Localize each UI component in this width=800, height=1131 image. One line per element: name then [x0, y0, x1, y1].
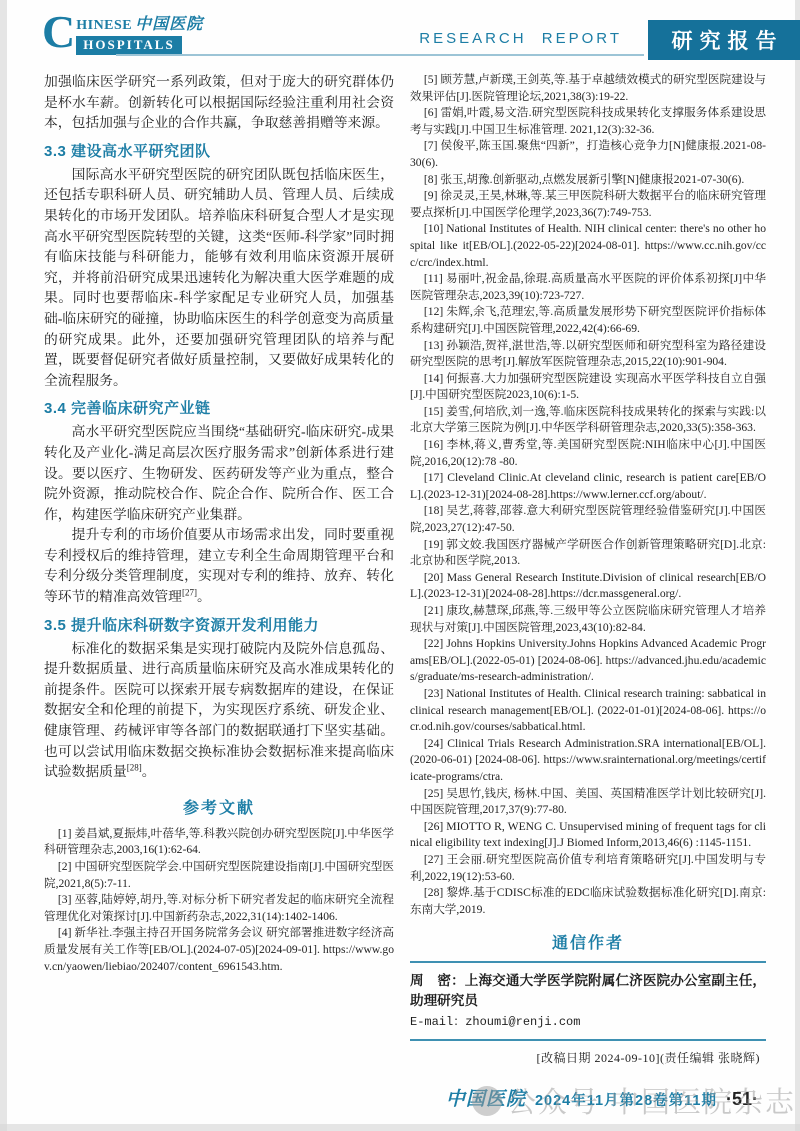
paragraph-text: 标准化的数据采集是实现打破院内及院外信息孤岛、提升数据质量、进行高质量临床研究及…: [44, 641, 394, 780]
reference-item: [28] 黎烨.基于CDISC标准的EDC临床试验数据标准化研究[D].南京:东…: [410, 885, 766, 918]
paragraph-text: 提升专利的市场价值要从市场需求出发，同时要重视专利授权后的维持管理，建立专利全生…: [44, 527, 394, 604]
reference-item: [25] 吴思竹,钱庆, 杨林.中国、美国、英国精准医学计划比较研究[J].中国…: [410, 786, 766, 819]
category-badge: 研究报告: [648, 20, 800, 60]
journal-page: C HINESE 中国医院 HOSPITALS RESEARCH REPORT …: [0, 0, 800, 1131]
watermark-logo-icon: [472, 1086, 502, 1116]
corresponding-author-divider-top: [410, 961, 766, 963]
reference-item: [3] 巫蓉,陆婷婷,胡丹,等.对标分析下研究者发起的临床研究全流程管理优化对策…: [44, 892, 394, 925]
paragraph-tail: 。: [197, 589, 211, 604]
reference-item: [1] 姜昌斌,夏振炜,叶蓓华,等.科教兴院创办研究型医院[J].中华医学科研管…: [44, 826, 394, 859]
reference-item: [26] MIOTTO R, WENG C. Unsupervised mini…: [410, 819, 766, 852]
reference-item: [19] 郭文姣.我国医疗器械产学研医合作创新管理策略研究[D].北京:北京协和…: [410, 537, 766, 570]
right-column: [5] 顾芳慧,卢新璞,王剑英,等.基于卓越绩效模式的研究型医院建设与效果评估[…: [410, 72, 766, 1066]
reference-item: [14] 何振喜.大力加强研究型医院建设 实现高水平医学科技自立自强[J].中国…: [410, 371, 766, 404]
section-3-4-paragraph-1: 高水平研究型医院应当围绕“基础研究-临床研究-成果转化及产业化-满足高层次医疗服…: [44, 422, 394, 525]
article-columns: 加强临床医学研究一系列政策，但对于庞大的研究群体仍是杯水车薪。创新转化可以根据国…: [44, 72, 766, 1066]
reference-item: [16] 李林,蒋义,曹秀堂,等.美国研究型医院:NIH临床中心[J].中国医院…: [410, 437, 766, 470]
reference-item: [4] 新华社.李强主持召开国务院常务会议 研究部署推进数字经济高质量发展有关工…: [44, 925, 394, 975]
paragraph-tail: 。: [142, 764, 156, 779]
logo-cn-characters: 中国医院: [135, 11, 203, 34]
logo-top-row: HINESE 中国医院: [76, 14, 203, 34]
section-3-3-paragraph: 国际高水平研究型医院的研究团队既包括临床医生，还包括专职科研人员、研究辅助人员、…: [44, 165, 394, 392]
reference-item: [21] 康玫,赫慧琛,邱燕,等.三级甲等公立医院临床研究管理人才培养现状与对策…: [410, 603, 766, 636]
scan-edge-left: [0, 0, 7, 1131]
citation-superscript: [28]: [127, 763, 142, 773]
page-header: C HINESE 中国医院 HOSPITALS RESEARCH REPORT …: [42, 10, 800, 64]
reference-item: [18] 吴艺,蒋蓉,邵蓉.意大利研究型医院管理经验借鉴研究[J].中国医院,2…: [410, 503, 766, 536]
logo-letter-c: C: [42, 10, 75, 54]
corresponding-author-heading: 通信作者: [410, 930, 766, 953]
scan-edge-right: [795, 0, 800, 1131]
corresponding-author-info: 周 密：上海交通大学医学院附属仁济医院办公室副主任，助理研究员: [410, 971, 766, 1011]
reference-item: [24] Clinical Trials Research Administra…: [410, 736, 766, 786]
reference-item: [2] 中国研究型医院学会.中国研究型医院建设指南[J].中国研究型医院,202…: [44, 859, 394, 892]
reference-item: [5] 顾芳慧,卢新璞,王剑英,等.基于卓越绩效模式的研究型医院建设与效果评估[…: [410, 72, 766, 105]
header-divider: [116, 54, 644, 56]
section-heading-3-3: 3.3 建设高水平研究团队: [44, 140, 394, 161]
reference-item: [13] 孙颖浩,贺祥,湛世浩,等.以研究型医师和研究型科室为路径建设研究型医院…: [410, 338, 766, 371]
watermark: 公众号 中国医院杂志: [472, 1080, 796, 1121]
reference-item: [20] Mass General Research Institute.Div…: [410, 570, 766, 603]
research-report-label: RESEARCH REPORT: [419, 30, 622, 47]
corresponding-author-email: E-mail：zhoumi@renji.com: [410, 1013, 766, 1031]
reference-item: [23] National Institutes of Health. Clin…: [410, 686, 766, 736]
section-3-4-paragraph-2: 提升专利的市场价值要从市场需求出发，同时要重视专利授权后的维持管理，建立专利全生…: [44, 525, 394, 607]
reference-item: [8] 张玉,胡豫.创新驱动,点燃发展新引擎[N]健康报2021-07-30(6…: [410, 172, 766, 189]
references-list-left: [1] 姜昌斌,夏振炜,叶蓓华,等.科教兴院创办研究型医院[J].中华医学科研管…: [44, 826, 394, 975]
reference-item: [22] Johns Hopkins University.Johns Hopk…: [410, 636, 766, 686]
revision-date-line: [改稿日期 2024-09-10](责任编辑 张晓辉): [410, 1049, 766, 1066]
section-heading-3-4: 3.4 完善临床研究产业链: [44, 397, 394, 418]
section-heading-3-5: 3.5 提升临床科研数字资源开发利用能力: [44, 614, 394, 635]
logo-hospitals-word: HOSPITALS: [76, 36, 181, 55]
reference-item: [27] 王会丽.研究型医院高价值专利培育策略研究[J].中国发明与专利,202…: [410, 852, 766, 885]
left-column: 加强临床医学研究一系列政策，但对于庞大的研究群体仍是杯水车薪。创新转化可以根据国…: [44, 72, 394, 1066]
section-3-5-paragraph: 标准化的数据采集是实现打破院内及院外信息孤岛、提升数据质量、进行高质量临床研究及…: [44, 639, 394, 783]
references-list-right: [5] 顾芳慧,卢新璞,王剑英,等.基于卓越绩效模式的研究型医院建设与效果评估[…: [410, 72, 766, 918]
scan-edge-bottom: [0, 1124, 800, 1131]
reference-item: [9] 徐灵灵,王昊,林琳,等.某三甲医院科研大数据平台的临床研究管理要点探析[…: [410, 188, 766, 221]
watermark-text: 公众号 中国医院杂志: [507, 1080, 796, 1121]
citation-superscript: [27]: [182, 587, 197, 597]
logo-text-stack: HINESE 中国医院 HOSPITALS: [76, 14, 203, 55]
logo-chinese-word: HINESE: [76, 18, 132, 34]
reference-item: [6] 雷娟,叶霞,易文浩.研究型医院科技成果转化支撑服务体系建设思考与实践[J…: [410, 105, 766, 138]
corresponding-author-divider-bottom: [410, 1039, 766, 1041]
reference-item: [12] 朱辉,余飞,范理宏,等.高质量发展形势下研究型医院评价指标体系构建研究…: [410, 304, 766, 337]
reference-item: [7] 侯俊平,陈玉国.聚焦“四新”，打造核心竞争力[N]健康报.2021-08…: [410, 138, 766, 171]
references-heading: 参考文献: [44, 795, 394, 818]
reference-item: [11] 易丽叶,祝金晶,徐琨.高质量高水平医院的评价体系初探[J]中华医院管理…: [410, 271, 766, 304]
reference-item: [17] Cleveland Clinic.At cleveland clini…: [410, 470, 766, 503]
intro-paragraph: 加强临床医学研究一系列政策，但对于庞大的研究群体仍是杯水车薪。创新转化可以根据国…: [44, 72, 394, 134]
reference-item: [15] 姜雪,何培欣,刘一逸,等.临床医院科技成果转化的探索与实践:以北京大学…: [410, 404, 766, 437]
reference-item: [10] National Institutes of Health. NIH …: [410, 221, 766, 271]
